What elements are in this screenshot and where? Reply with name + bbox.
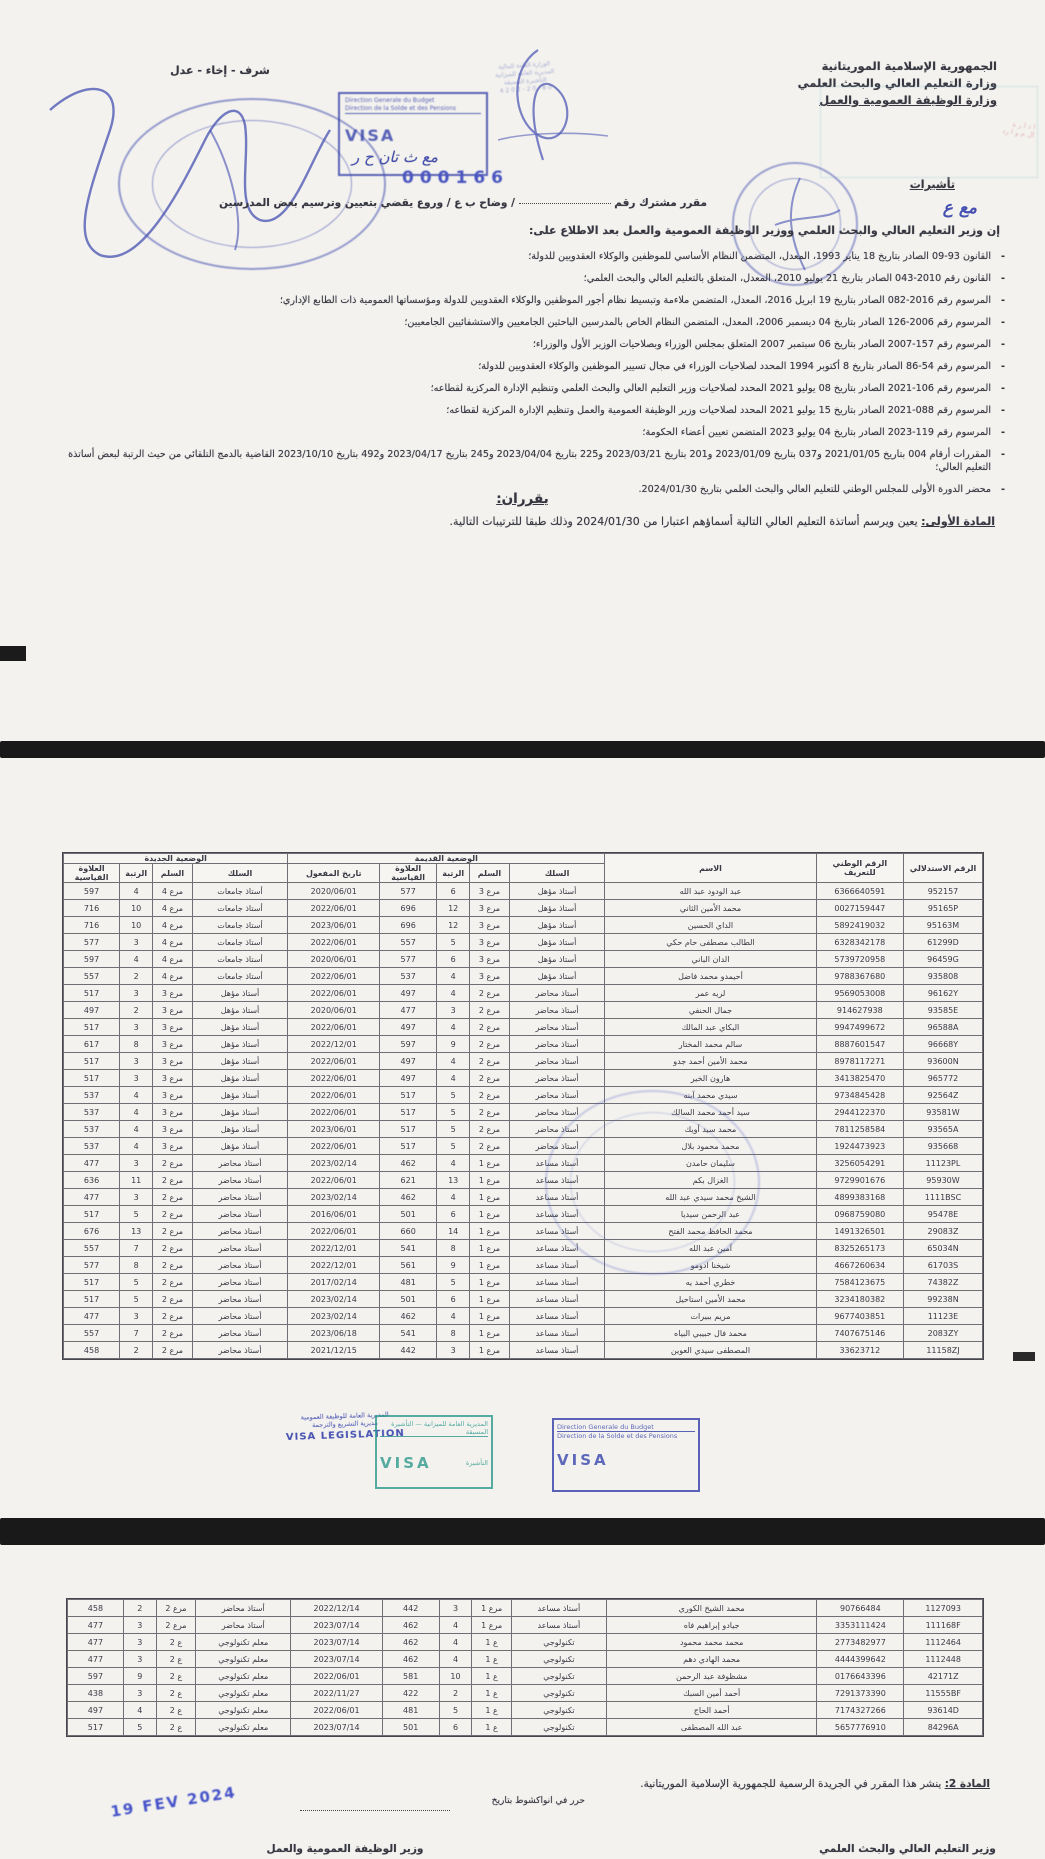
cell-national-id: 4667260634 <box>816 1257 903 1274</box>
cell-old-rank: 9 <box>437 1036 470 1053</box>
cell-new-corps: أستاذ محاضر <box>192 1240 288 1257</box>
header-line-republic: الجمهورية الإسلامية الموريتانية <box>697 58 997 75</box>
table-row: 95165P 0027159447 محمد الأمين الثاني أست… <box>64 900 983 917</box>
cell-old-corps: أستاذ مؤهل <box>509 934 605 951</box>
table-row: 65034N 8325265173 آمين عبد الله أستاذ مس… <box>64 1240 983 1257</box>
preamble-line: إن وزير التعليم العالي والبحث العلمي ووز… <box>360 224 1000 237</box>
handwritten-note-center: مع ث تان ح ر <box>352 148 438 166</box>
cell-old-scale: مرع 2 <box>470 1121 510 1138</box>
cell-old-bonus: 462 <box>380 1308 437 1325</box>
cell-effective-date: 2022/06/01 <box>288 1223 380 1240</box>
cell-old-rank: 6 <box>437 1291 470 1308</box>
cell-new-scale: مرع 4 <box>153 951 193 968</box>
cell-new-bonus: 597 <box>64 951 120 968</box>
visa-stamp-word: VISA <box>345 126 481 145</box>
cell-new-rank: 4 <box>120 951 153 968</box>
legal-reference-item: القانون 93-09 الصادر بتاريخ 18 يناير 199… <box>40 250 1005 263</box>
cell-old-bonus: 517 <box>380 1121 437 1138</box>
legal-reference-item: المرسوم رقم 157-2007 الصادر بتاريخ 06 سب… <box>40 338 1005 351</box>
col-header-national-id: الرقم الوطني للتعريف <box>816 854 903 883</box>
table-row: 93614D 7174327266 أحمد الحاج تكنولوجي ع … <box>68 1702 983 1719</box>
cell-national-id: 9677403851 <box>816 1308 903 1325</box>
cell-new-corps: معلم تكنولوجي <box>196 1634 291 1651</box>
cell-name: جمال الحنفي <box>605 1002 816 1019</box>
table-row: 1111BSC 4899383168 الشيخ محمد سيدي عبد ا… <box>64 1189 983 1206</box>
cell-new-bonus: 497 <box>68 1702 124 1719</box>
cell-new-corps: أستاذ مؤهل <box>192 1070 288 1087</box>
cell-national-id: 8325265173 <box>816 1240 903 1257</box>
cell-effective-date: 2022/12/01 <box>288 1240 380 1257</box>
cell-new-bonus: 597 <box>68 1668 124 1685</box>
table-row: 93565A 7811258584 محمد سيد أويك أستاذ مح… <box>64 1121 983 1138</box>
cell-serial: 93581W <box>903 1104 982 1121</box>
legal-reference-item: المرسوم رقم 119-2023 الصادر بتاريخ 04 يو… <box>40 426 1005 439</box>
cell-new-scale: ع 2 <box>156 1702 195 1719</box>
table-row: 952157 6366640591 عبد الودود عبد الله أس… <box>64 883 983 900</box>
cell-old-scale: مرع 1 <box>470 1189 510 1206</box>
cell-national-id: 6366640591 <box>816 883 903 900</box>
cell-old-corps: أستاذ محاضر <box>509 1019 605 1036</box>
cell-name: سالم محمد المختار <box>605 1036 816 1053</box>
cell-name: مريم ببيرات <box>605 1308 816 1325</box>
cell-new-bonus: 517 <box>68 1719 124 1736</box>
cell-effective-date: 2021/12/15 <box>288 1342 380 1359</box>
cell-new-bonus: 458 <box>68 1600 124 1617</box>
cell-national-id: 3256054291 <box>816 1155 903 1172</box>
cell-name: محمد الشيخ الكوري <box>606 1600 816 1617</box>
cell-old-bonus: 561 <box>380 1257 437 1274</box>
cell-new-corps: أستاذ محاضر <box>192 1155 288 1172</box>
signature-title-education-minister: وزير التعليم العالي والبحث العلمي <box>810 1843 1005 1855</box>
cell-name: محمد محمد محمود <box>606 1634 816 1651</box>
cell-serial: 29083Z <box>903 1223 982 1240</box>
cell-effective-date: 2022/06/01 <box>288 968 380 985</box>
cell-old-bonus: 621 <box>380 1172 437 1189</box>
cell-new-corps: أستاذ جامعات <box>192 917 288 934</box>
signature-left-icon <box>30 70 390 280</box>
cell-old-rank: 4 <box>437 1155 470 1172</box>
article-1-label: المادة الأولى: <box>921 515 995 528</box>
table-row: 93600N 8978117271 محمد الأمين أحمد جدو أ… <box>64 1053 983 1070</box>
table-row: 95478E 0968759080 عبد الرحمن سيديا أستاذ… <box>64 1206 983 1223</box>
table-row: 111168F 3353111424 جيادو إبراهيم فاه أست… <box>68 1617 983 1634</box>
cell-old-bonus: 517 <box>380 1087 437 1104</box>
cell-new-rank: 13 <box>120 1223 153 1240</box>
cell-name: مشظوفة عبد الرحمن <box>606 1668 816 1685</box>
cell-new-rank: 3 <box>123 1651 156 1668</box>
cell-old-rank: 8 <box>437 1325 470 1342</box>
visa-teal-line: المديرية العامة للميزانية — التأشيرة الم… <box>380 1420 488 1437</box>
table-row: 11123E 9677403851 مريم ببيرات أستاذ مساع… <box>64 1308 983 1325</box>
cell-old-scale: مرع 2 <box>470 1070 510 1087</box>
cell-serial: 95165P <box>903 900 982 917</box>
col-group-new-position: الوضعية الجديدة <box>64 854 288 864</box>
cell-new-bonus: 497 <box>64 1002 120 1019</box>
cell-old-scale: ع 1 <box>472 1668 511 1685</box>
cell-name: الطالب مصطفى حام حكي <box>605 934 816 951</box>
cell-old-corps: أستاذ مساعد <box>509 1291 605 1308</box>
cell-effective-date: 2023/07/14 <box>291 1651 383 1668</box>
cell-national-id: 4899383168 <box>816 1189 903 1206</box>
cell-serial: 92564Z <box>903 1087 982 1104</box>
legal-references-list: القانون 93-09 الصادر بتاريخ 18 يناير 199… <box>40 250 1005 505</box>
cell-old-corps: أستاذ محاضر <box>509 1053 605 1070</box>
cell-new-scale: مرع 2 <box>153 1240 193 1257</box>
cell-new-scale: مرع 2 <box>153 1342 193 1359</box>
cell-old-bonus: 477 <box>380 1002 437 1019</box>
col-header-old-bonus: العلاوة القياسية <box>380 864 437 883</box>
cell-new-scale: مرع 4 <box>153 883 193 900</box>
cell-old-corps: أستاذ محاضر <box>509 1002 605 1019</box>
dotted-blank <box>519 203 611 204</box>
table-row: 93581W 2944122370 سيد أحمد محمد السالك أ… <box>64 1104 983 1121</box>
cell-old-bonus: 557 <box>380 934 437 951</box>
decision-heading: يقرران: <box>0 491 1045 507</box>
cell-old-bonus: 597 <box>380 1036 437 1053</box>
cell-new-bonus: 557 <box>64 1325 120 1342</box>
table-row: 95163M 5892419032 الداي الحسين أستاذ مؤه… <box>64 917 983 934</box>
cell-name: أحمد الحاج <box>606 1702 816 1719</box>
cell-old-scale: مرع 3 <box>470 934 510 951</box>
cell-new-corps: أستاذ محاضر <box>192 1342 288 1359</box>
cell-serial: 65034N <box>903 1240 982 1257</box>
cell-effective-date: 2022/06/01 <box>288 934 380 951</box>
cell-serial: 11123E <box>903 1308 982 1325</box>
cell-new-rank: 2 <box>120 1342 153 1359</box>
appointments-table-continued: 1127093 90766484 محمد الشيخ الكوري أستاذ… <box>66 1598 984 1737</box>
cell-old-rank: 3 <box>437 1002 470 1019</box>
cell-old-bonus: 541 <box>380 1325 437 1342</box>
cell-national-id: 2944122370 <box>816 1104 903 1121</box>
cell-old-rank: 5 <box>437 1121 470 1138</box>
cell-old-corps: أستاذ مؤهل <box>509 883 605 900</box>
cell-old-corps: أستاذ مؤهل <box>509 900 605 917</box>
cell-effective-date: 2017/02/14 <box>288 1274 380 1291</box>
cell-old-bonus: 577 <box>380 951 437 968</box>
cell-new-corps: أستاذ محاضر <box>192 1189 288 1206</box>
scanned-decree-document: شرف - إخاء - عدل الجمهورية الإسلامية الم… <box>0 0 1045 1859</box>
cell-new-scale: مرع 2 <box>153 1206 193 1223</box>
cell-new-scale: مرع 4 <box>153 968 193 985</box>
cell-serial: 965772 <box>903 1070 982 1087</box>
cell-old-scale: مرع 1 <box>470 1325 510 1342</box>
table-row: 1127093 90766484 محمد الشيخ الكوري أستاذ… <box>68 1600 983 1617</box>
cell-new-scale: مرع 3 <box>153 1036 193 1053</box>
cell-new-corps: أستاذ مؤهل <box>192 1002 288 1019</box>
article-2: المادة 2: ينشر هذا المقرر في الجريدة الر… <box>430 1778 990 1790</box>
cell-name: جيادو إبراهيم فاه <box>606 1617 816 1634</box>
cell-old-corps: تكنولوجي <box>511 1668 606 1685</box>
cell-serial: 11158ZJ <box>903 1342 982 1359</box>
cell-old-rank: 4 <box>437 1189 470 1206</box>
cell-national-id: 9788367680 <box>816 968 903 985</box>
cell-new-rank: 7 <box>120 1240 153 1257</box>
cell-old-bonus: 481 <box>382 1702 439 1719</box>
cell-old-rank: 10 <box>439 1668 472 1685</box>
signature-title-labor-minister: وزير الوظيفة العمومية والعمل <box>255 1843 435 1855</box>
cell-old-scale: مرع 2 <box>470 1036 510 1053</box>
cell-old-scale: مرع 1 <box>470 1155 510 1172</box>
cell-old-corps: أستاذ مساعد <box>509 1308 605 1325</box>
decree-suffix: / وضاح ب ع / وروع يقضي بتعيين وترسيم بعض… <box>219 197 515 209</box>
cell-old-bonus: 696 <box>380 917 437 934</box>
cell-new-rank: 4 <box>120 1138 153 1155</box>
visas-label: تأشيرات <box>910 178 955 191</box>
cell-old-corps: أستاذ مؤهل <box>509 951 605 968</box>
page-separator-bar-2 <box>0 1518 1045 1545</box>
visa-teal-ar: التأشيرة <box>466 1459 488 1467</box>
cell-old-scale: مرع 1 <box>470 1257 510 1274</box>
cell-new-scale: مرع 3 <box>153 1019 193 1036</box>
cell-effective-date: 2022/06/01 <box>288 900 380 917</box>
cell-old-scale: ع 1 <box>472 1719 511 1736</box>
cell-serial: 1112448 <box>904 1651 983 1668</box>
cell-new-corps: أستاذ جامعات <box>192 900 288 917</box>
cell-old-corps: تكنولوجي <box>511 1651 606 1668</box>
article-2-text: ينشر هذا المقرر في الجريدة الرسمية للجمه… <box>640 1778 941 1790</box>
cell-national-id: 9734845428 <box>816 1087 903 1104</box>
cell-old-bonus: 501 <box>380 1291 437 1308</box>
table-row: 11123PL 3256054291 سليمان حامدن أستاذ مس… <box>64 1155 983 1172</box>
cell-old-scale: مرع 1 <box>470 1308 510 1325</box>
cell-national-id: 5739720958 <box>816 951 903 968</box>
cell-new-bonus: 517 <box>64 1274 120 1291</box>
cell-old-bonus: 462 <box>380 1155 437 1172</box>
cell-effective-date: 2022/06/01 <box>288 1087 380 1104</box>
col-group-old-position: الوضعية القديمة <box>288 854 605 864</box>
cell-new-rank: 4 <box>120 1087 153 1104</box>
cell-name: خطري أحمد يه <box>605 1274 816 1291</box>
overlay-round-stamp-inner-icon <box>570 1112 735 1252</box>
cell-new-scale: مرع 3 <box>153 1087 193 1104</box>
cell-new-corps: أستاذ مؤهل <box>192 985 288 1002</box>
cell-new-rank: 3 <box>120 985 153 1002</box>
cell-old-bonus: 660 <box>380 1223 437 1240</box>
page-separator-bar-1 <box>0 741 1045 758</box>
cell-new-scale: مرع 2 <box>156 1617 195 1634</box>
legal-reference-item: المرسوم رقم 2016-082 الصادر بتاريخ 19 اب… <box>40 294 1005 307</box>
cell-old-rank: 4 <box>437 1308 470 1325</box>
cell-old-rank: 4 <box>437 968 470 985</box>
cell-old-scale: مرع 1 <box>470 1172 510 1189</box>
cell-old-rank: 12 <box>437 900 470 917</box>
table-row: 1112464 2773482977 محمد محمد محمود تكنول… <box>68 1634 983 1651</box>
cell-new-corps: أستاذ مؤهل <box>192 1036 288 1053</box>
cell-new-corps: أستاذ جامعات <box>192 934 288 951</box>
cell-old-scale: ع 1 <box>472 1702 511 1719</box>
cell-new-rank: 4 <box>123 1702 156 1719</box>
cell-old-rank: 2 <box>439 1685 472 1702</box>
cell-old-bonus: 462 <box>382 1617 439 1634</box>
cell-new-rank: 5 <box>120 1291 153 1308</box>
cell-new-rank: 3 <box>123 1617 156 1634</box>
cell-old-rank: 3 <box>439 1600 472 1617</box>
table-row: 74382Z 7584123675 خطري أحمد يه أستاذ مسا… <box>64 1274 983 1291</box>
cell-national-id: 7174327266 <box>817 1702 904 1719</box>
cell-old-scale: مرع 1 <box>470 1291 510 1308</box>
cell-new-scale: مرع 2 <box>153 1274 193 1291</box>
cell-effective-date: 2022/06/01 <box>288 1138 380 1155</box>
cell-old-rank: 6 <box>437 883 470 900</box>
cell-national-id: 33623712 <box>816 1342 903 1359</box>
cell-serial: 93600N <box>903 1053 982 1070</box>
cell-serial: 93585E <box>903 1002 982 1019</box>
cell-national-id: 7811258584 <box>816 1121 903 1138</box>
cell-effective-date: 2020/06/01 <box>288 883 380 900</box>
cell-new-bonus: 577 <box>64 934 120 951</box>
visa-right-line2: Direction de la Solde et des Pensions <box>557 1432 695 1440</box>
cell-old-rank: 5 <box>437 1087 470 1104</box>
cell-new-corps: أستاذ محاضر <box>192 1325 288 1342</box>
cell-old-rank: 4 <box>437 1070 470 1087</box>
legal-reference-item: القانون رقم 2010-043 الصادر بتاريخ 21 يو… <box>40 272 1005 285</box>
cell-serial: 99238N <box>903 1291 982 1308</box>
cell-old-rank: 12 <box>437 917 470 934</box>
cell-old-bonus: 497 <box>380 1053 437 1070</box>
cell-old-scale: مرع 2 <box>470 1019 510 1036</box>
cell-effective-date: 2022/12/01 <box>288 1257 380 1274</box>
cell-effective-date: 2022/06/01 <box>288 1172 380 1189</box>
cell-serial: 61703S <box>903 1257 982 1274</box>
cell-new-bonus: 537 <box>64 1121 120 1138</box>
cell-national-id: 4444399642 <box>817 1651 904 1668</box>
cell-old-rank: 8 <box>437 1240 470 1257</box>
cell-old-rank: 4 <box>439 1617 472 1634</box>
cell-new-corps: أستاذ مؤهل <box>192 1121 288 1138</box>
cell-old-rank: 5 <box>439 1702 472 1719</box>
cell-new-rank: 10 <box>120 917 153 934</box>
cell-national-id: 7407675146 <box>816 1325 903 1342</box>
cell-new-rank: 5 <box>123 1719 156 1736</box>
cell-old-corps: أستاذ مساعد <box>509 1274 605 1291</box>
cell-old-corps: أستاذ مساعد <box>509 1342 605 1359</box>
cell-effective-date: 2023/07/14 <box>291 1617 383 1634</box>
cell-effective-date: 2022/11/27 <box>291 1685 383 1702</box>
cell-new-scale: مرع 2 <box>153 1172 193 1189</box>
cell-old-bonus: 577 <box>380 883 437 900</box>
cell-old-bonus: 462 <box>382 1651 439 1668</box>
cell-old-bonus: 581 <box>382 1668 439 1685</box>
table-row: 96459G 5739720958 الدان الباني أستاذ مؤه… <box>64 951 983 968</box>
cell-old-bonus: 537 <box>380 968 437 985</box>
cell-old-scale: مرع 1 <box>470 1223 510 1240</box>
col-header-old-corps: السلك <box>509 864 605 883</box>
table-row: 42171Z 0176643396 مشظوفة عبد الرحمن تكنو… <box>68 1668 983 1685</box>
cell-national-id: 8887601547 <box>816 1036 903 1053</box>
cell-old-bonus: 501 <box>382 1719 439 1736</box>
cell-old-scale: مرع 1 <box>470 1240 510 1257</box>
cell-old-bonus: 497 <box>380 1019 437 1036</box>
table-row: 2083ZY 7407675146 محمد فال حبيبي البياه … <box>64 1325 983 1342</box>
cell-serial: 96459G <box>903 951 982 968</box>
cell-national-id: 7584123675 <box>816 1274 903 1291</box>
cell-old-corps: أستاذ مساعد <box>509 1257 605 1274</box>
cell-name: محمد الأمين الثاني <box>605 900 816 917</box>
table-row: 935808 9788367680 أحيمدو محمد فاضل أستاذ… <box>64 968 983 985</box>
cell-national-id: 3353111424 <box>817 1617 904 1634</box>
cell-new-bonus: 477 <box>64 1308 120 1325</box>
col-header-new-rank: الرتبة <box>120 864 153 883</box>
cell-new-rank: 3 <box>120 1053 153 1070</box>
legal-reference-item: المرسوم رقم 088-2021 الصادر بتاريخ 15 يو… <box>40 404 1005 417</box>
visa-stamp-line2: Direction de la Solde et des Pensions <box>345 105 481 114</box>
cell-new-rank: 3 <box>120 1308 153 1325</box>
cell-old-scale: مرع 1 <box>472 1600 511 1617</box>
cell-new-rank: 2 <box>120 1002 153 1019</box>
col-header-new-bonus: العلاوة القياسية <box>64 864 120 883</box>
cell-old-scale: مرع 3 <box>470 883 510 900</box>
cell-new-scale: مرع 4 <box>153 934 193 951</box>
table-row: 11158ZJ 33623712 المصطفى سيدي العوين أست… <box>64 1342 983 1359</box>
col-header-new-corps: السلك <box>192 864 288 883</box>
cell-new-bonus: 477 <box>64 1155 120 1172</box>
cell-effective-date: 2023/07/14 <box>291 1634 383 1651</box>
cell-new-bonus: 676 <box>64 1223 120 1240</box>
cell-effective-date: 2022/06/01 <box>288 985 380 1002</box>
cell-national-id: 0027159447 <box>816 900 903 917</box>
cell-new-corps: معلم تكنولوجي <box>196 1685 291 1702</box>
cell-new-bonus: 617 <box>64 1036 120 1053</box>
cell-national-id: 5892419032 <box>816 917 903 934</box>
cell-old-corps: أستاذ مساعد <box>509 1325 605 1342</box>
cell-serial: 1111BSC <box>903 1189 982 1206</box>
legal-reference-item: المرسوم رقم 106-2021 الصادر بتاريخ 08 يو… <box>40 382 1005 395</box>
cell-new-scale: ع 2 <box>156 1719 195 1736</box>
cell-new-bonus: 517 <box>64 1019 120 1036</box>
table-row: 1112448 4444399642 محمد الهادي دهم تكنول… <box>68 1651 983 1668</box>
cell-national-id: 9729901676 <box>816 1172 903 1189</box>
cell-serial: 61299D <box>903 934 982 951</box>
cell-new-scale: مرع 2 <box>153 1325 193 1342</box>
cell-old-corps: تكنولوجي <box>511 1719 606 1736</box>
cell-name: عبد الودود عبد الله <box>605 883 816 900</box>
cell-new-scale: مرع 4 <box>153 917 193 934</box>
cell-new-bonus: 716 <box>64 917 120 934</box>
registry-number-stamp: 000166 <box>402 168 509 188</box>
cell-new-corps: أستاذ محاضر <box>192 1308 288 1325</box>
cell-effective-date: 2022/06/01 <box>288 1104 380 1121</box>
cell-new-bonus: 557 <box>64 968 120 985</box>
cell-new-scale: مرع 2 <box>153 1189 193 1206</box>
cell-national-id: 5657776910 <box>817 1719 904 1736</box>
cell-effective-date: 2023/02/14 <box>288 1308 380 1325</box>
cell-old-rank: 3 <box>437 1342 470 1359</box>
cell-new-scale: مرع 3 <box>153 1104 193 1121</box>
cell-old-corps: تكنولوجي <box>511 1634 606 1651</box>
cell-effective-date: 2022/12/14 <box>291 1600 383 1617</box>
cell-old-bonus: 497 <box>380 1070 437 1087</box>
article-1: المادة الأولى: يعين ويرسم أساتذة التعليم… <box>45 515 995 528</box>
scan-artifact-right <box>1013 1352 1035 1361</box>
cell-old-bonus: 442 <box>382 1600 439 1617</box>
cell-new-bonus: 636 <box>64 1172 120 1189</box>
cell-national-id: 7291373390 <box>817 1685 904 1702</box>
cell-old-rank: 5 <box>437 1138 470 1155</box>
cell-new-corps: أستاذ جامعات <box>192 968 288 985</box>
cell-effective-date: 2023/06/18 <box>288 1325 380 1342</box>
cell-national-id: 9947499672 <box>816 1019 903 1036</box>
cell-new-rank: 2 <box>120 968 153 985</box>
cell-new-rank: 3 <box>120 934 153 951</box>
cell-new-rank: 7 <box>120 1325 153 1342</box>
cell-new-bonus: 477 <box>64 1189 120 1206</box>
cell-old-bonus: 541 <box>380 1240 437 1257</box>
visa-stamp-teal: المديرية العامة للميزانية — التأشيرة الم… <box>375 1415 493 1489</box>
appointments-table-grid: الرقم الاستدلالي الرقم الوطني للتعريف ال… <box>63 853 983 1359</box>
cell-serial: 93565A <box>903 1121 982 1138</box>
cell-effective-date: 2023/07/14 <box>291 1719 383 1736</box>
cell-old-rank: 5 <box>437 934 470 951</box>
